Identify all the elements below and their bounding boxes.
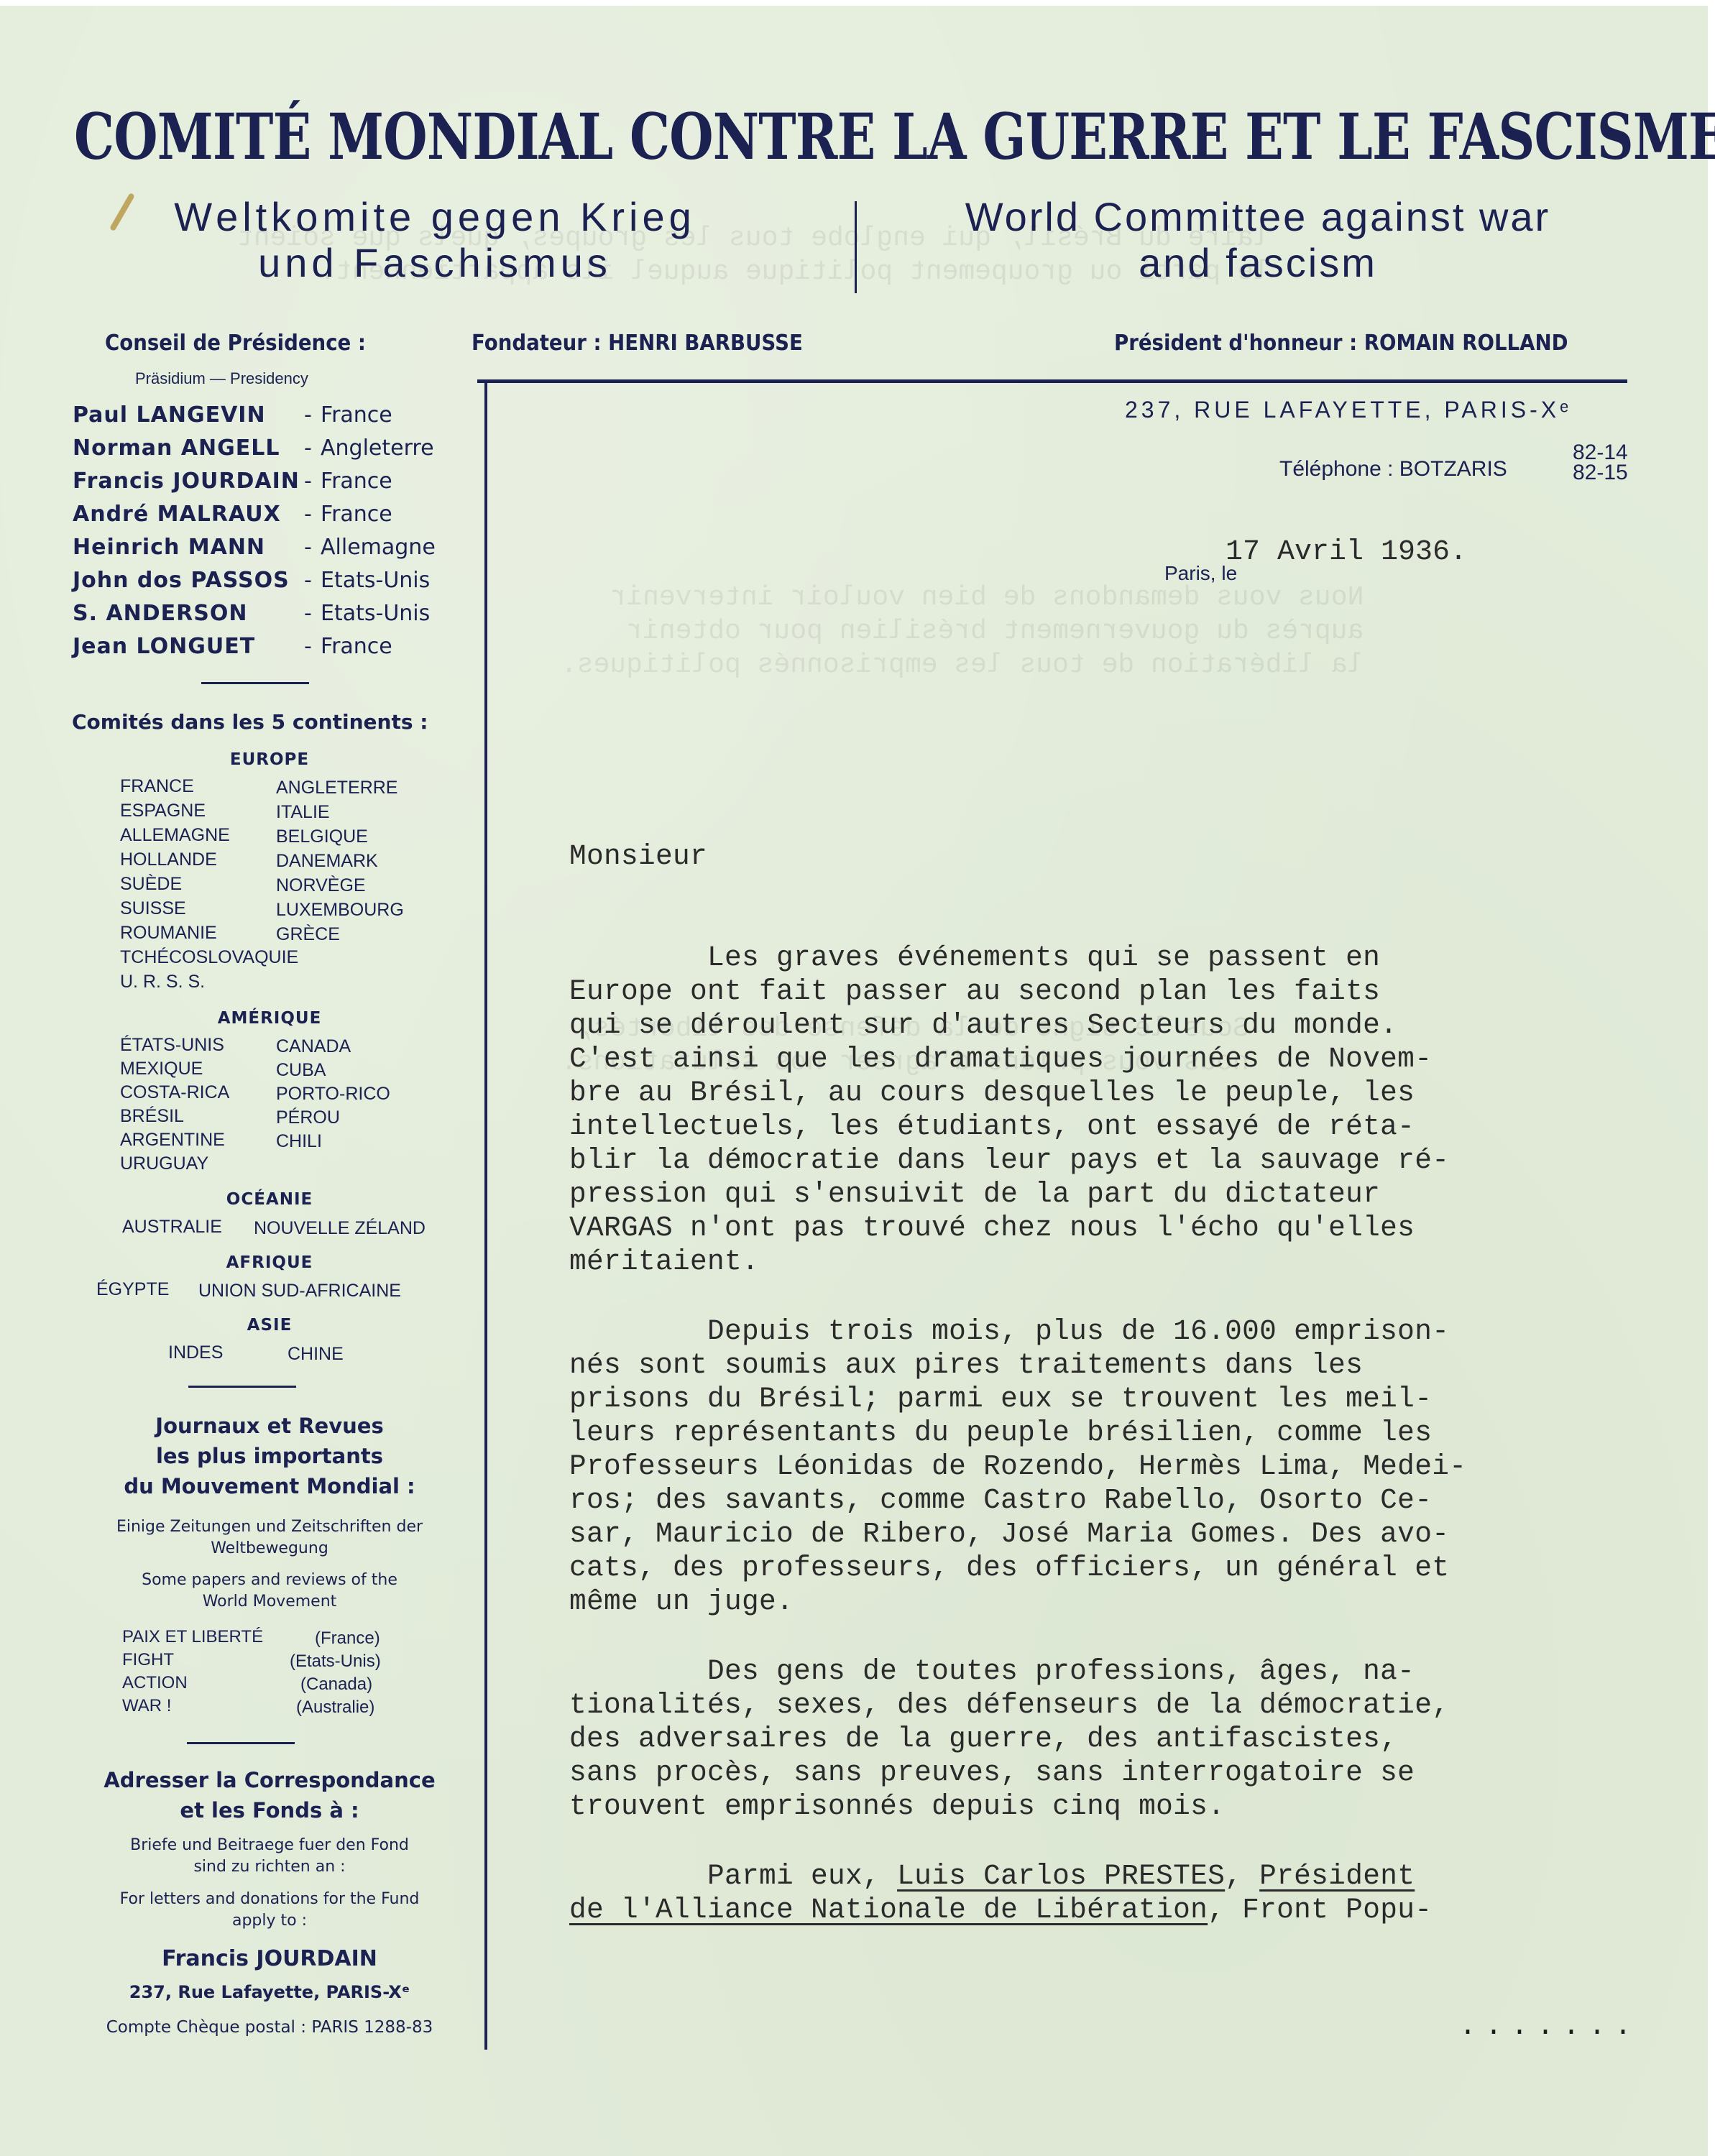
presidency-member: Francis JOURDAIN-France: [73, 469, 475, 502]
contact-address: 237, Rue Lafayette, PARIS-Xᵉ: [68, 1982, 471, 2002]
journal-name: PAIX ET LIBERTÉ: [122, 1627, 263, 1647]
frame-top-rule: [477, 379, 1627, 383]
paragraph-gap: [569, 1823, 1633, 1859]
country-item: BELGIQUE: [276, 826, 368, 847]
organization-address: 237, RUE LAFAYETTE, PARIS-Xᵉ: [1125, 397, 1572, 423]
journals-heading-line: du Mouvement Mondial :: [68, 1471, 471, 1501]
subtitle-german-line2: und Faschismus: [104, 240, 765, 286]
underlined-title: Président: [1259, 1860, 1415, 1892]
subtitle-divider: [855, 201, 857, 293]
telephone-label: Téléphone : BOTZARIS: [1279, 457, 1507, 482]
letter-line: C'est ainsi que les dramatiques journées…: [569, 1042, 1633, 1076]
section-divider: [201, 682, 309, 684]
country-item: FRANCE: [120, 776, 194, 797]
member-country: Etats-Unis: [321, 601, 430, 626]
note-line: sind zu richten an :: [68, 1856, 471, 1878]
country-item: COSTA-RICA: [120, 1082, 229, 1103]
letter-body: Monsieur Les graves événements qui se pa…: [569, 839, 1633, 1927]
indent: [569, 1860, 707, 1892]
country-item: PORTO-RICO: [276, 1084, 390, 1105]
country-item: INDES: [168, 1342, 223, 1363]
presidency-member: S. ANDERSON-Etats-Unis: [73, 601, 475, 634]
country-item: BRÉSIL: [120, 1106, 184, 1127]
continent-afrique: AFRIQUE: [68, 1253, 471, 1272]
letter-line: trouvent emprisonnés depuis cinq mois.: [569, 1789, 1633, 1823]
letter-line: Des gens de toutes professions, âges, na…: [569, 1654, 1633, 1688]
country-item: TCHÉCOSLOVAQUIE: [120, 947, 298, 968]
letter-date: 17 Avril 1936.: [1226, 536, 1467, 568]
presidency-member: John dos PASSOS-Etats-Unis: [73, 568, 475, 601]
subtitle-german: Weltkomite gegen Krieg und Faschismus: [104, 194, 765, 286]
letter-line: Europe ont fait passer au second plan le…: [569, 975, 1633, 1008]
presidency-member: Paul LANGEVIN-France: [73, 402, 475, 436]
journals-heading-line: Journaux et Revues: [68, 1411, 471, 1441]
correspondence-heading: Adresser la Correspondance et les Fonds …: [68, 1765, 471, 1825]
country-item: UNION SUD-AFRICAINE: [198, 1281, 401, 1302]
letter-line: même un juge.: [569, 1585, 1633, 1618]
correspondence-german-note: Briefe und Beitraege fuer den Fond sind …: [68, 1835, 471, 1878]
country-item: ROUMANIE: [120, 923, 217, 944]
committees-heading: Comités dans les 5 continents :: [72, 710, 474, 734]
country-item: SUÈDE: [120, 874, 182, 895]
continuation-dots: .......: [1459, 2011, 1640, 2043]
presidency-member: André MALRAUX-France: [73, 502, 475, 535]
country-item: ITALIE: [276, 802, 330, 823]
country-item: HOLLANDE: [120, 849, 217, 870]
country-item: DANEMARK: [276, 851, 378, 872]
country-item: ÉGYPTE: [96, 1279, 169, 1300]
text-run: ,: [1225, 1860, 1259, 1892]
country-item: PÉROU: [276, 1107, 340, 1128]
journals-heading: Journaux et Revues les plus importants d…: [68, 1411, 471, 1501]
country-item: CANADA: [276, 1036, 351, 1057]
letter-line: cats, des professeurs, des officiers, un…: [569, 1551, 1633, 1585]
show-through-texture: Nous vous demandons de bien vouloir inte…: [561, 581, 1364, 682]
letter-line: sans procès, sans preuves, sans interrog…: [569, 1756, 1633, 1789]
country-item: CHILI: [276, 1131, 322, 1152]
note-line: World Movement: [68, 1591, 471, 1613]
journal-country: (Australie): [296, 1697, 374, 1718]
frame-left-rule: [484, 379, 487, 2050]
country-item: ÉTATS-UNIS: [120, 1035, 224, 1056]
subtitle-english: World Committee against war and fascism: [906, 194, 1610, 286]
letter-page: laire du Brésil, qui englobe tous les gr…: [0, 6, 1708, 2156]
text-run: , Front Popu-: [1208, 1894, 1432, 1926]
country-item: ARGENTINE: [120, 1130, 225, 1151]
paragraph-gap: [569, 1618, 1633, 1654]
letter-line: des adversaires de la guerre, des antifa…: [569, 1722, 1633, 1756]
subtitle-german-line1: Weltkomite gegen Krieg: [104, 194, 765, 240]
letter-line: Depuis trois mois, plus de 16.000 empris…: [569, 1314, 1633, 1348]
journal-country: (Etats-Unis): [290, 1651, 381, 1672]
text-run: Parmi eux,: [707, 1860, 897, 1892]
section-divider: [188, 1386, 296, 1388]
correspondence-heading-line: et les Fonds à :: [68, 1795, 471, 1825]
letter-line: intellectuels, les étudiants, ont essayé…: [569, 1110, 1633, 1143]
continent-europe: EUROPE: [68, 750, 471, 769]
journal-country: (Canada): [300, 1674, 372, 1695]
letter-line: Professeurs Léonidas de Rozendo, Hermès …: [569, 1450, 1633, 1483]
letter-line: blir la démocratie dans leur pays et la …: [569, 1143, 1633, 1177]
member-name: John dos PASSOS: [73, 568, 290, 593]
journal-country: (France): [315, 1628, 380, 1649]
presidency-member: Jean LONGUET-France: [73, 634, 475, 667]
letter-line: méritaient.: [569, 1245, 1633, 1279]
conseil-presidence-heading: Conseil de Présidence :: [105, 331, 366, 356]
letter-line: prisons du Brésil; parmi eux se trouvent…: [569, 1382, 1633, 1416]
member-name: Jean LONGUET: [73, 634, 255, 659]
journal-name: WAR !: [122, 1696, 171, 1716]
country-item: CHINE: [288, 1344, 344, 1365]
presidency-member: Heinrich MANN-Allemagne: [73, 535, 475, 568]
member-country: Allemagne: [321, 535, 436, 560]
presidency-list: Paul LANGEVIN-France Norman ANGELL-Angle…: [73, 402, 475, 667]
country-item: LUXEMBOURG: [276, 900, 404, 921]
member-name: S. ANDERSON: [73, 601, 248, 626]
note-line: apply to :: [68, 1910, 471, 1932]
member-name: Heinrich MANN: [73, 535, 265, 560]
note-line: Weltbewegung: [68, 1538, 471, 1560]
member-name: Paul LANGEVIN: [73, 402, 266, 428]
letter-line: leurs représentants du peuple brésilien,…: [569, 1416, 1633, 1450]
letter-line: Les graves événements qui se passent en: [569, 941, 1633, 975]
correspondence-english-note: For letters and donations for the Fund a…: [68, 1889, 471, 1932]
journal-name: ACTION: [122, 1673, 188, 1693]
subtitle-english-line1: World Committee against war: [906, 194, 1610, 240]
president-honneur-heading: Président d'honneur : ROMAIN ROLLAND: [1114, 331, 1568, 356]
letter-line: Parmi eux, Luis Carlos PRESTES, Présiden…: [569, 1859, 1633, 1893]
letter-line: de l'Alliance Nationale de Libération, F…: [569, 1893, 1633, 1927]
presidency-subtitle: Präsidium — Presidency: [135, 369, 308, 388]
country-item: GRÈCE: [276, 924, 340, 945]
country-item: AUSTRALIE: [122, 1217, 222, 1238]
country-item: ALLEMAGNE: [120, 825, 230, 846]
letter-line: nés sont soumis aux pires traitements da…: [569, 1348, 1633, 1382]
member-country: Angleterre: [321, 436, 434, 461]
country-item: ESPAGNE: [120, 801, 206, 821]
journals-german-note: Einige Zeitungen und Zeitschriften der W…: [68, 1516, 471, 1560]
note-line: Briefe und Beitraege fuer den Fond: [68, 1835, 471, 1856]
letter-line: bre au Brésil, au cours desquelles le pe…: [569, 1076, 1633, 1110]
journal-name: FIGHT: [122, 1650, 174, 1670]
country-item: SUISSE: [120, 898, 186, 919]
country-item: MEXIQUE: [120, 1059, 203, 1079]
letter-line: sar, Mauricio de Ribero, José Maria Gome…: [569, 1517, 1633, 1551]
letter-line: VARGAS n'ont pas trouvé chez nous l'écho…: [569, 1211, 1633, 1245]
subtitle-english-line2: and fascism: [906, 240, 1610, 286]
member-country: France: [321, 469, 392, 494]
journals-english-note: Some papers and reviews of the World Mov…: [68, 1570, 471, 1613]
letter-line: ros; des savants, comme Castro Rabello, …: [569, 1483, 1633, 1517]
letter-line: qui se déroulent sur d'autres Secteurs d…: [569, 1008, 1633, 1042]
member-country: France: [321, 402, 392, 428]
country-item: ANGLETERRE: [276, 778, 397, 798]
contact-name: Francis JOURDAIN: [68, 1946, 471, 1971]
postal-account: Compte Chèque postal : PARIS 1288-83: [68, 2018, 471, 2037]
member-name: Francis JOURDAIN: [73, 469, 300, 494]
letter-line: tionalités, sexes, des défenseurs de la …: [569, 1688, 1633, 1722]
organization-title: COMITÉ MONDIAL CONTRE LA GUERRE ET LE FA…: [74, 99, 1630, 174]
note-line: Some papers and reviews of the: [68, 1570, 471, 1591]
paragraph-gap: [569, 1279, 1633, 1314]
member-country: France: [321, 502, 392, 527]
section-divider: [187, 1742, 295, 1744]
note-line: Einige Zeitungen und Zeitschriften der: [68, 1516, 471, 1538]
member-country: Etats-Unis: [321, 568, 430, 593]
underlined-organization: de l'Alliance Nationale de Libération: [569, 1894, 1208, 1926]
continent-oceanie: OCÉANIE: [68, 1190, 471, 1209]
presidency-member: Norman ANGELL-Angleterre: [73, 436, 475, 469]
telephone-numbers: 82-14 82-15: [1573, 443, 1628, 483]
continent-amerique: AMÉRIQUE: [68, 1009, 471, 1028]
telephone-number: 82-14: [1573, 443, 1628, 463]
note-line: For letters and donations for the Fund: [68, 1889, 471, 1910]
salutation: Monsieur: [569, 839, 1633, 873]
member-name: Norman ANGELL: [73, 436, 280, 461]
underlined-name: Luis Carlos PRESTES: [897, 1860, 1225, 1892]
country-item: U. R. S. S.: [120, 972, 205, 992]
country-item: URUGUAY: [120, 1153, 208, 1174]
country-item: NORVÈGE: [276, 875, 366, 896]
country-item: CUBA: [276, 1060, 326, 1081]
member-country: France: [321, 634, 392, 659]
fondateur-heading: Fondateur : HENRI BARBUSSE: [472, 331, 803, 356]
telephone-number: 82-15: [1573, 463, 1628, 483]
member-name: André MALRAUX: [73, 502, 281, 527]
journals-heading-line: les plus importants: [68, 1441, 471, 1471]
correspondence-heading-line: Adresser la Correspondance: [68, 1765, 471, 1795]
letter-line: pression qui s'ensuivit de la part du di…: [569, 1177, 1633, 1211]
continent-asie: ASIE: [68, 1316, 471, 1335]
country-item: NOUVELLE ZÉLAND: [254, 1218, 426, 1239]
